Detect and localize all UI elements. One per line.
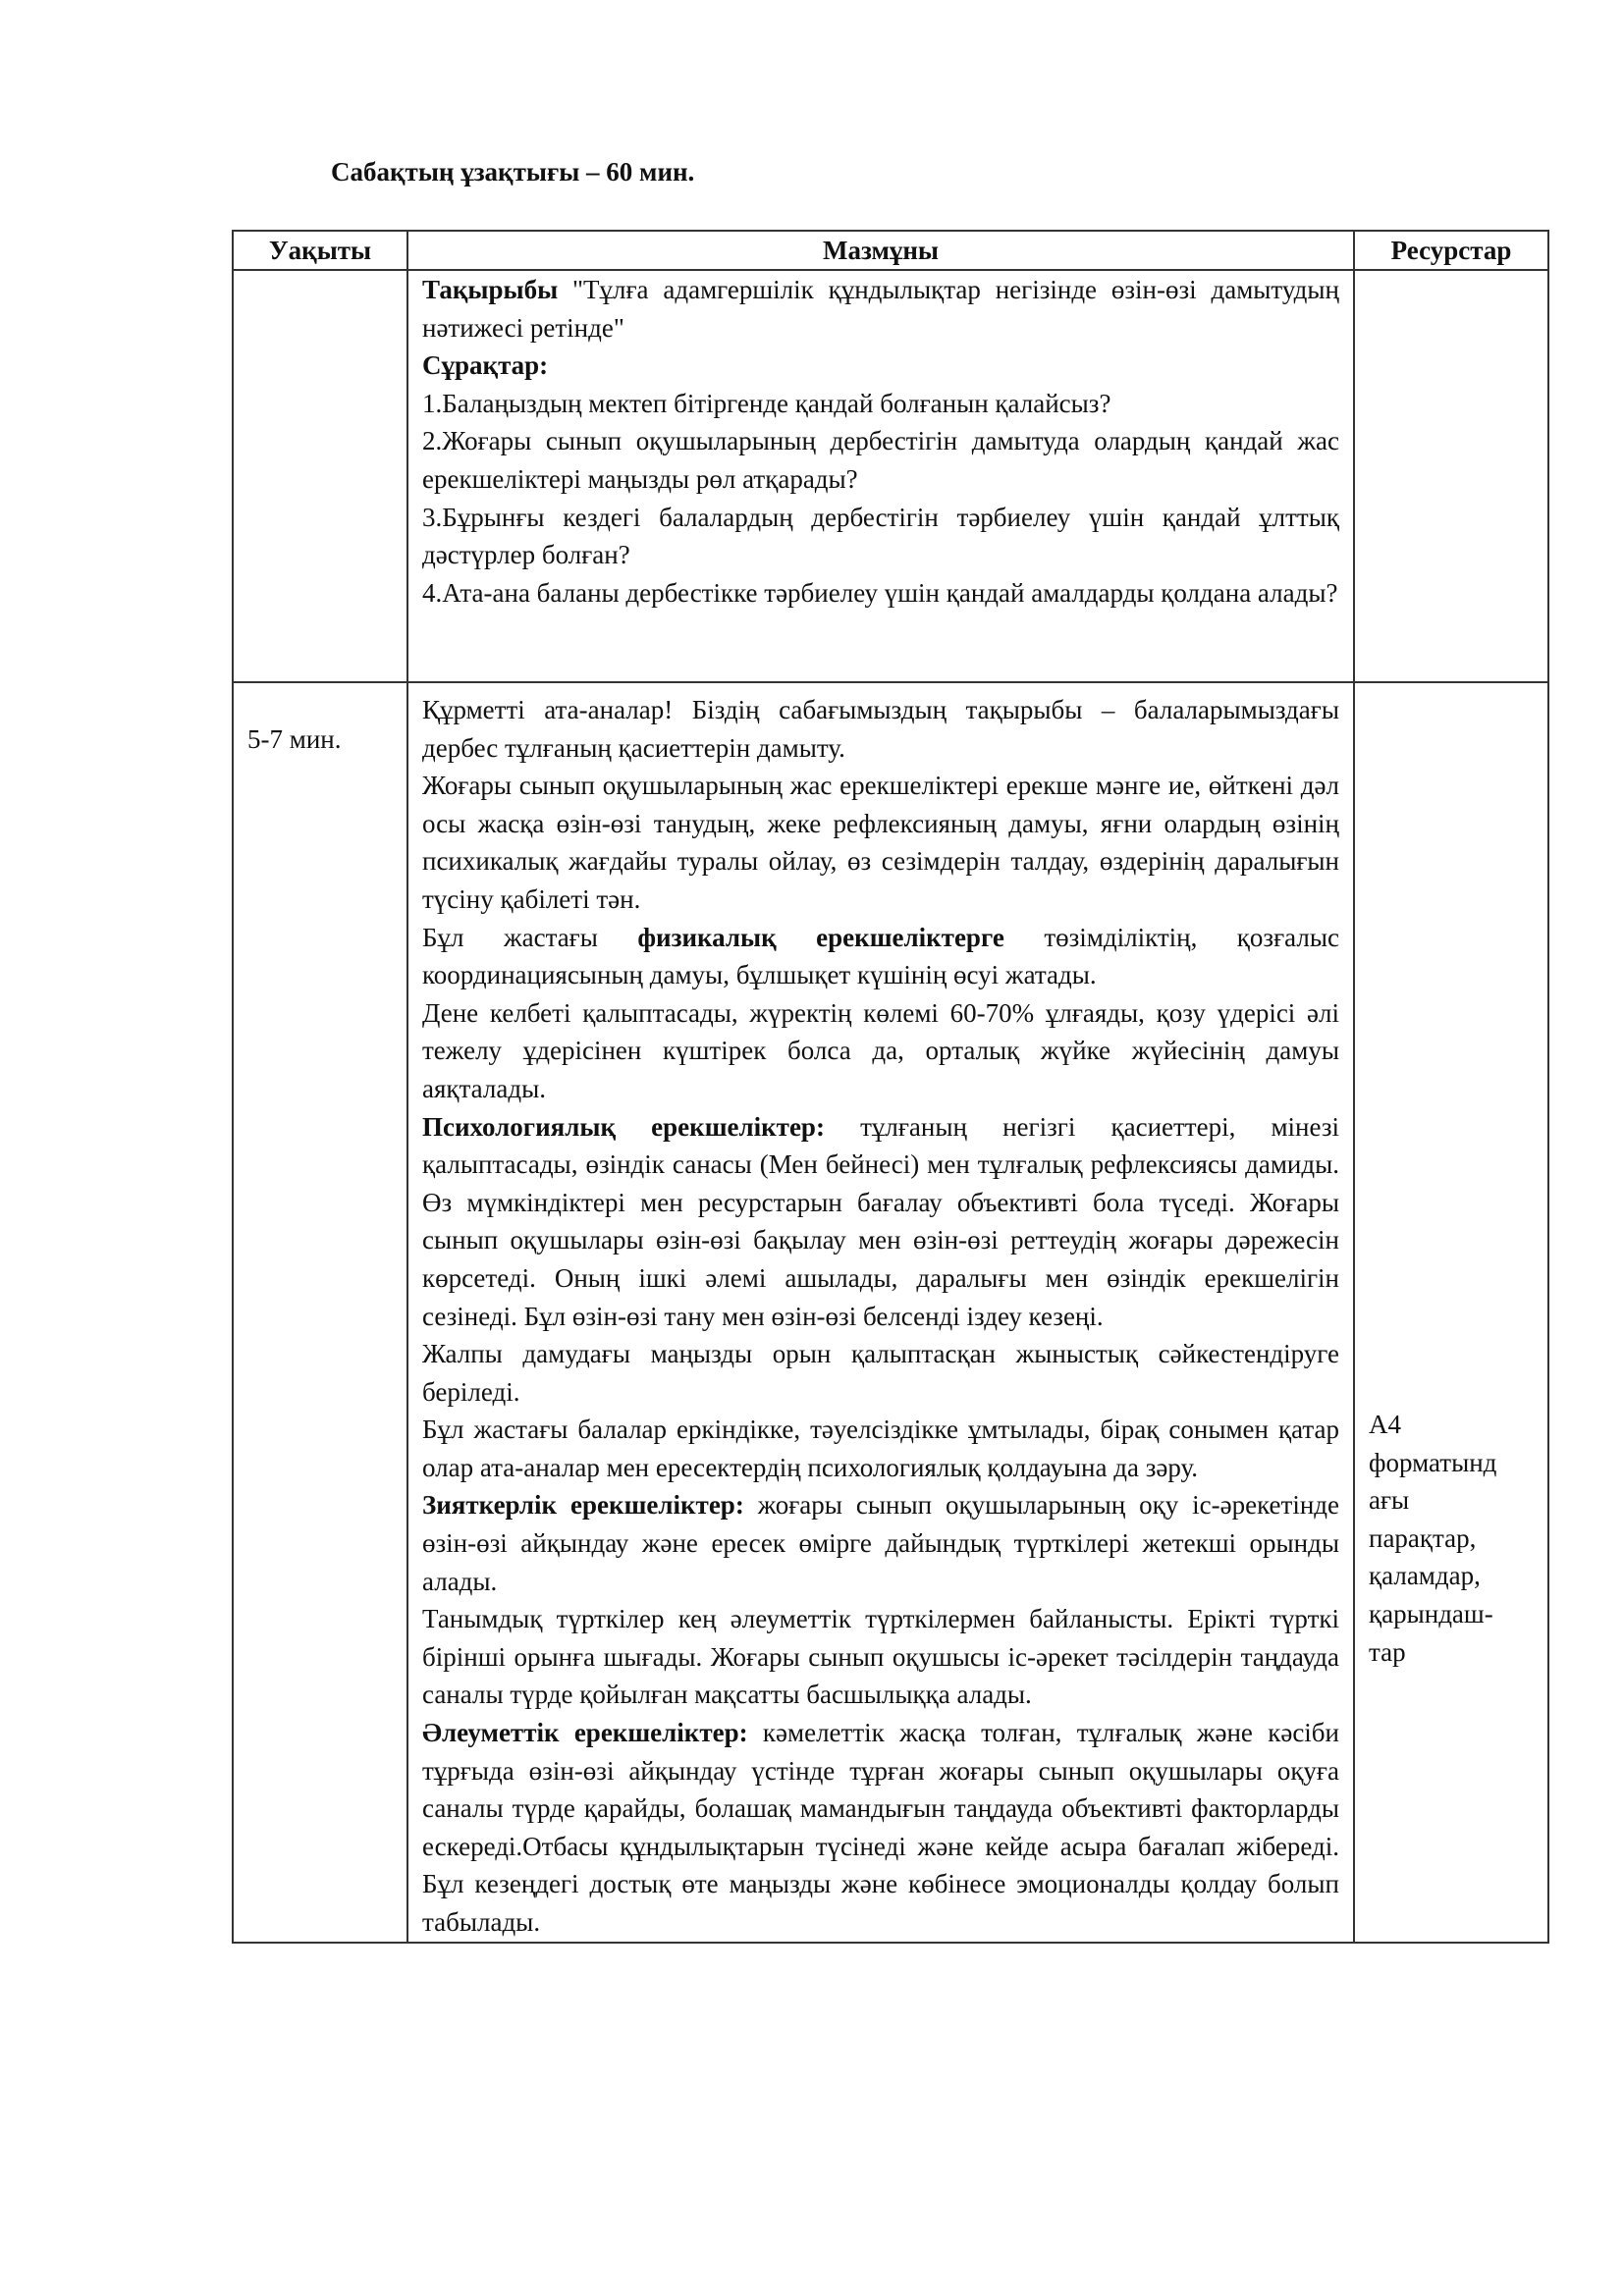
content-cell: Құрметті ата-аналар! Біздің сабағымыздың… [407,682,1354,1943]
topic-label: Тақырыбы [422,275,558,304]
paragraph-bold-term: Зияткерлік ерекшеліктер: [422,1490,744,1520]
content-paragraph: Бұл жастағы балалар еркіндікке, тәуелсіз… [422,1411,1339,1486]
paragraph-bold-term: Әлеуметтік ерекшеліктер: [422,1718,748,1747]
content-paragraph: Танымдық түрткілер кең әлеуметтік түрткі… [422,1600,1339,1714]
resources-line: парақтар, [1369,1520,1536,1558]
content-paragraph: Жоғары сынып оқушыларының жас ерекшелікт… [422,767,1339,918]
resources-value: А4форматындағыпарақтар,қаламдар,қарындаш… [1369,1406,1536,1671]
paragraph-text: Бұл жастағы [422,923,637,952]
topic-paragraph: Тақырыбы "Тұлға адамгершілік құндылықтар… [422,271,1339,347]
question-item: 2.Жоғары сынып оқушыларының дербестігін … [422,422,1339,498]
content-paragraph: Психологиялық ерекшеліктер: тұлғаның нег… [422,1108,1339,1336]
lesson-plan-table: Уақыты Мазмұны Ресурстар Тақырыбы "Тұлға… [232,230,1549,1944]
content-paragraph: Бұл жастағы физикалық ерекшеліктерге төз… [422,919,1339,994]
resources-line: форматынд [1369,1444,1536,1482]
question-item: 4.Ата-ана баланы дербестікке тәрбиелеу ү… [422,574,1339,613]
lesson-duration-title: Сабақтың ұзақтығы – 60 мин. [331,157,694,187]
topic-text: "Тұлға адамгершілік құндылықтар негізінд… [422,275,1339,343]
resources-line: А4 [1369,1406,1536,1444]
question-item: 3.Бұрынғы кездегі балалардың дербестігін… [422,499,1339,574]
resources-line: ағы [1369,1481,1536,1520]
paragraph-text: Бұл жастағы балалар еркіндікке, тәуелсіз… [422,1415,1339,1482]
column-header-content: Мазмұны [407,231,1354,270]
paragraph-text: кәмелеттік жасқа толған, тұлғалық және к… [422,1718,1339,1937]
content-paragraph: Дене келбеті қалыптасады, жүректің көлем… [422,994,1339,1108]
paragraph-bold-term: Психологиялық ерекшеліктер: [422,1112,825,1142]
content-paragraph: Әлеуметтік ерекшеліктер: кәмелеттік жасқ… [422,1714,1339,1942]
resources-line: қарындаш- [1369,1595,1536,1633]
table-row: Тақырыбы "Тұлға адамгершілік құндылықтар… [233,270,1548,682]
paragraph-bold-term: физикалық ерекшеліктерге [637,923,1003,952]
time-cell [233,270,407,682]
column-header-time: Уақыты [233,231,407,270]
resources-cell: А4форматындағыпарақтар,қаламдар,қарындаш… [1354,682,1548,1943]
table-header-row: Уақыты Мазмұны Ресурстар [233,231,1548,270]
paragraph-text: Дене келбеті қалыптасады, жүректің көлем… [422,998,1339,1103]
paragraph-text: Жалпы дамудағы маңызды орын қалыптасқан … [422,1339,1339,1407]
time-cell: 5-7 мин. [233,682,407,1943]
content-paragraph: Зияткерлік ерекшеліктер: жоғары сынып оқ… [422,1486,1339,1600]
content-paragraph: Құрметті ата-аналар! Біздің сабағымыздың… [422,691,1339,767]
paragraph-text: Танымдық түрткілер кең әлеуметтік түрткі… [422,1604,1339,1709]
resources-cell [1354,270,1548,682]
resources-line: қаламдар, [1369,1557,1536,1595]
content-cell: Тақырыбы "Тұлға адамгершілік құндылықтар… [407,270,1354,682]
questions-heading: Сұрақтар: [422,347,1339,385]
paragraph-text: тұлғаның негізгі қасиеттері, мінезі қалы… [422,1112,1339,1331]
questions-label: Сұрақтар: [422,350,548,380]
resources-line: тар [1369,1633,1536,1672]
time-value: 5-7 мин. [247,721,406,759]
content-paragraph: Жалпы дамудағы маңызды орын қалыптасқан … [422,1335,1339,1411]
paragraph-text: Жоғары сынып оқушыларының жас ерекшелікт… [422,771,1339,914]
column-header-resources: Ресурстар [1354,231,1548,270]
table-row: 5-7 мин. Құрметті ата-аналар! Біздің саб… [233,682,1548,1943]
paragraph-text: Құрметті ата-аналар! Біздің сабағымыздың… [422,695,1339,763]
question-item: 1.Балаңыздың мектеп бітіргенде қандай бо… [422,385,1339,423]
